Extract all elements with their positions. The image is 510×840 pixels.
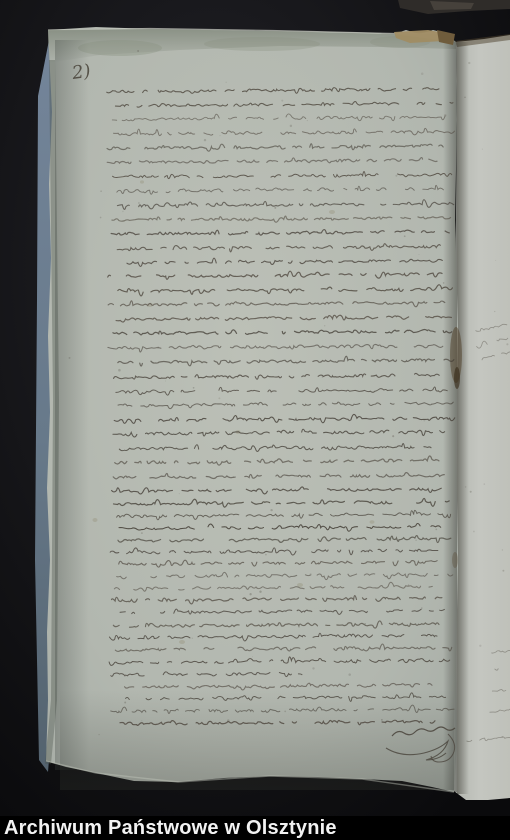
paper-speck [421,72,424,75]
fold-stain-core [454,367,460,389]
paper-speck [404,235,406,237]
stain-blotch [204,37,320,51]
paper-speck [473,531,475,533]
paper-speck [312,667,314,669]
manuscript-page [46,27,508,792]
paper-speck [274,207,276,209]
paper-speck [284,711,286,713]
paper-speck [165,381,166,382]
paper-speck [502,549,503,550]
paper-speck [252,656,253,657]
paper-speck [392,435,394,437]
paper-speck [348,673,351,676]
paper-speck [220,135,221,136]
paper-speck [218,397,220,399]
fold-shadow-right [457,42,469,794]
archive-scan-viewer: 2) Archiwum Państwowe w Olsztynie [0,0,510,840]
footer-bar: Archiwum Państwowe w Olsztynie [0,816,510,840]
paper-speck [118,369,121,372]
fold-stain-small [452,552,458,568]
paper-speck [100,190,102,192]
paper-speck [470,491,472,493]
foxing-spot [140,180,144,183]
page-number-annotation: 2) [70,61,92,85]
foxing-spot [329,210,335,214]
paper-speck [244,639,245,640]
paper-speck [324,325,325,326]
paper-speck [421,607,422,608]
paper-speck [502,570,504,572]
paper-speck [419,254,420,255]
paper-speck [259,590,261,592]
fold-shadow-left [443,40,457,792]
paper-speck [506,343,508,345]
paper-speck [193,387,195,389]
paper-speck [307,120,308,121]
scan-photo: 2) [0,0,510,840]
paper-speck [495,260,496,261]
paper-speck [124,702,126,704]
paper-speck [270,509,272,511]
paper-speck [435,529,437,531]
paper-speck [204,139,206,141]
stain-blotch [78,40,162,56]
paper-speck [138,202,140,204]
paper-speck [137,50,139,52]
paper-speck [479,645,481,647]
paper-speck [290,125,292,127]
paper-speck [465,486,467,488]
paper-speck [192,637,193,638]
paper-speck [226,82,227,83]
paper-speck [494,311,495,312]
paper-speck [100,217,102,219]
paper-speck [415,540,416,541]
archive-name-label: Archiwum Państwowe w Olsztynie [0,816,337,840]
paper-speck [141,720,142,721]
paper-speck [253,712,254,713]
paper-speck [141,532,143,534]
paper-speck [482,149,483,150]
paper-speck [122,211,123,212]
paper-speck [381,719,383,721]
left-vignette [55,40,89,770]
paper-speck [464,96,466,98]
paper-speck [249,593,251,595]
paper-speck [98,734,99,735]
paper-speck [265,554,267,556]
paper-sheet [46,27,458,792]
paper-speck [468,62,470,64]
paper-speck [281,100,283,102]
paper-speck [179,493,180,494]
paper-speck [69,357,71,359]
paper-speck [484,483,485,484]
paper-speck [443,282,445,284]
foxing-spot [370,520,375,524]
foxing-spot [93,518,98,522]
paper-speck [395,175,397,177]
foxing-spot [179,640,185,644]
